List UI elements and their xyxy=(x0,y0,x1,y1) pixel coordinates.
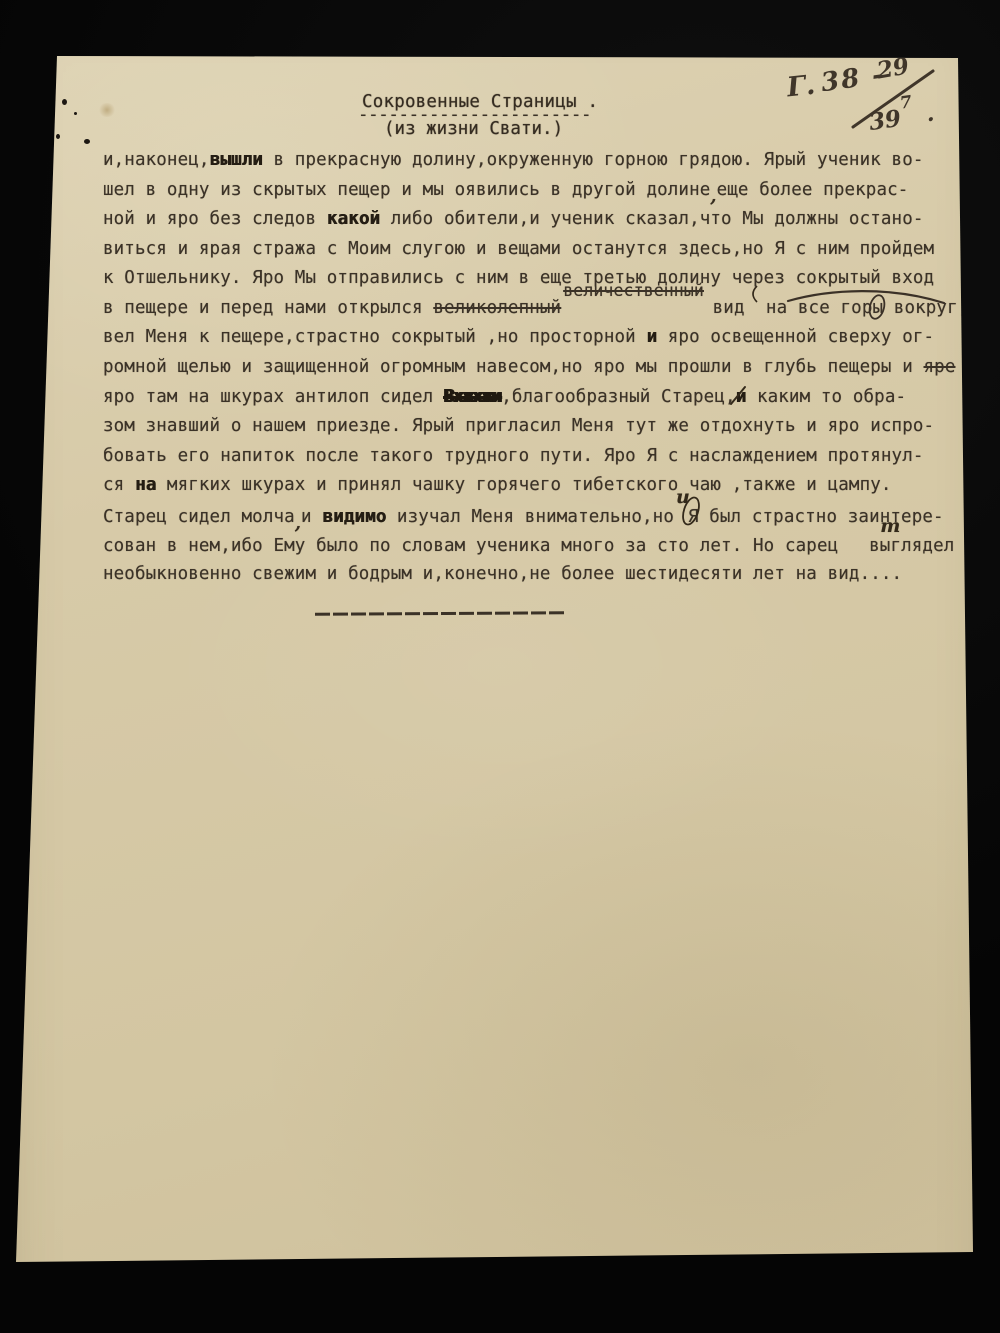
text-segment: сован в нем,ибо Ему было по словам учени… xyxy=(103,536,785,556)
text-segment: в пещере и перед нами открылся xyxy=(103,298,433,318)
text-segment: и xyxy=(646,327,657,347)
text-segment: сарецт xyxy=(785,534,859,556)
paper-stain xyxy=(98,103,116,117)
text-line: сован в нем,ибо Ему было по словам учени… xyxy=(103,534,954,556)
text-segment: еще более прекрас- xyxy=(717,180,909,200)
text-segment: на xyxy=(135,475,156,495)
text-segment: Я был страстно заинтере- xyxy=(688,507,944,527)
text-line: ся на мягких шкурах и принял чашку горяч… xyxy=(103,475,892,495)
text-segment: ной и яро без следов xyxy=(103,209,327,229)
text-line: ной и яро без следов какой либо обители,… xyxy=(103,209,924,229)
text-segment: бовать его напиток после такого трудного… xyxy=(103,446,924,466)
text-segment: либо обители,и ученик сказал,что Мы долж… xyxy=(380,209,923,229)
scanned-document-photo: { "annotation": { "part1": "Г.", "part2"… xyxy=(0,0,1000,1333)
handwritten-insertion: и xyxy=(676,486,690,508)
paper-speck xyxy=(74,112,77,115)
text-line: и,наконец,вышли в прекрасную долину,окру… xyxy=(103,150,924,170)
text-line: шел в одну из скрытых пещер и мы оявилис… xyxy=(103,180,908,200)
text-segment: мягких шкурах и принял чашку горячего ти… xyxy=(156,475,891,495)
text-line: бовать его напиток после такого трудного… xyxy=(103,446,924,466)
text-segment: , xyxy=(710,187,716,207)
text-segment: шел в одну из скрытых пещер и мы оявилис… xyxy=(103,180,710,200)
fraction-slash-stroke xyxy=(765,55,965,155)
text-line: виться и ярая стража с Моим слугою и вещ… xyxy=(103,239,934,259)
text-segment: ся xyxy=(103,475,135,495)
handwritten-insertion: т xyxy=(880,515,900,537)
text-segment: видимо xyxy=(322,507,386,527)
text-line: к Отшельнику. Яро Мы отправились с ним в… xyxy=(103,268,934,288)
text-segment: вид на все горы xyxy=(702,298,894,318)
page-subtitle: (из жизни Свати.) xyxy=(384,119,563,139)
text-segment: и xyxy=(736,387,747,407)
text-segment: в прекрасную долину,окруженную горною гр… xyxy=(263,150,924,170)
text-line: зом знавший о нашем приезде. Ярый пригла… xyxy=(103,416,934,436)
paper-speck xyxy=(56,134,60,139)
text-segment: яре xyxy=(924,357,956,377)
text-line: Старец сидел молча,и видимо изучал Меня … xyxy=(103,505,944,527)
text-line: необыкновенно свежим и бодрым и,конечно,… xyxy=(103,564,902,584)
handwritten-archive-number: Г. 38 - 29 39 7 . xyxy=(765,55,965,155)
paper-speck xyxy=(84,139,90,144)
text-segment: ромной щелью и защищенной огромным навес… xyxy=(103,357,924,377)
text-segment: ,благообразный Старец, xyxy=(501,387,735,407)
text-segment: выглядел xyxy=(859,536,955,556)
text-segment: яро там на шкурах антилоп сидел xyxy=(103,387,444,407)
text-line: вел Меня к пещере,страстно сокрытый ,но … xyxy=(103,327,934,347)
text-line: в пещере и перед нами открылся великолеп… xyxy=(103,298,1000,318)
text-segment: каким то обра- xyxy=(746,387,906,407)
text-segment: Старец сидел молча xyxy=(103,507,295,527)
text-segment: Вхжхжи xyxy=(444,387,501,407)
text-segment: необыкновенно свежим и бодрым и,конечно,… xyxy=(103,564,902,584)
manuscript-page: Г. 38 - 29 39 7 . Сокровенные Страницы .… xyxy=(0,0,1000,1333)
text-line: ромной щелью и защищенной огромным навес… xyxy=(103,357,955,377)
text-segment: виться и ярая стража с Моим слугою и вещ… xyxy=(103,239,934,259)
text-segment: вышли xyxy=(210,150,263,170)
text-segment: какой xyxy=(327,209,380,229)
paper-speck xyxy=(62,99,67,105)
text-segment: изучал Меня внимательно,но xyxy=(386,507,674,527)
text-segment: великолепныйвеличественный xyxy=(433,298,702,318)
text-segment: и xyxy=(674,505,688,527)
text-segment: зом знавший о нашем приезде. Ярый пригла… xyxy=(103,416,934,436)
text-line: яро там на шкурах антилоп сидел Вхжхжи,б… xyxy=(103,387,906,407)
text-segment: и xyxy=(301,507,322,527)
end-rule xyxy=(315,611,565,616)
text-segment: и,наконец, xyxy=(103,150,210,170)
text-segment: яро освещенной сверху ог- xyxy=(657,327,934,347)
text-segment: к Отшельнику. Яро Мы отправились с ним в… xyxy=(103,268,934,288)
text-segment: вел Меня к пещере,страстно сокрытый ,но … xyxy=(103,327,646,347)
typed-insertion: величественный xyxy=(563,281,704,300)
